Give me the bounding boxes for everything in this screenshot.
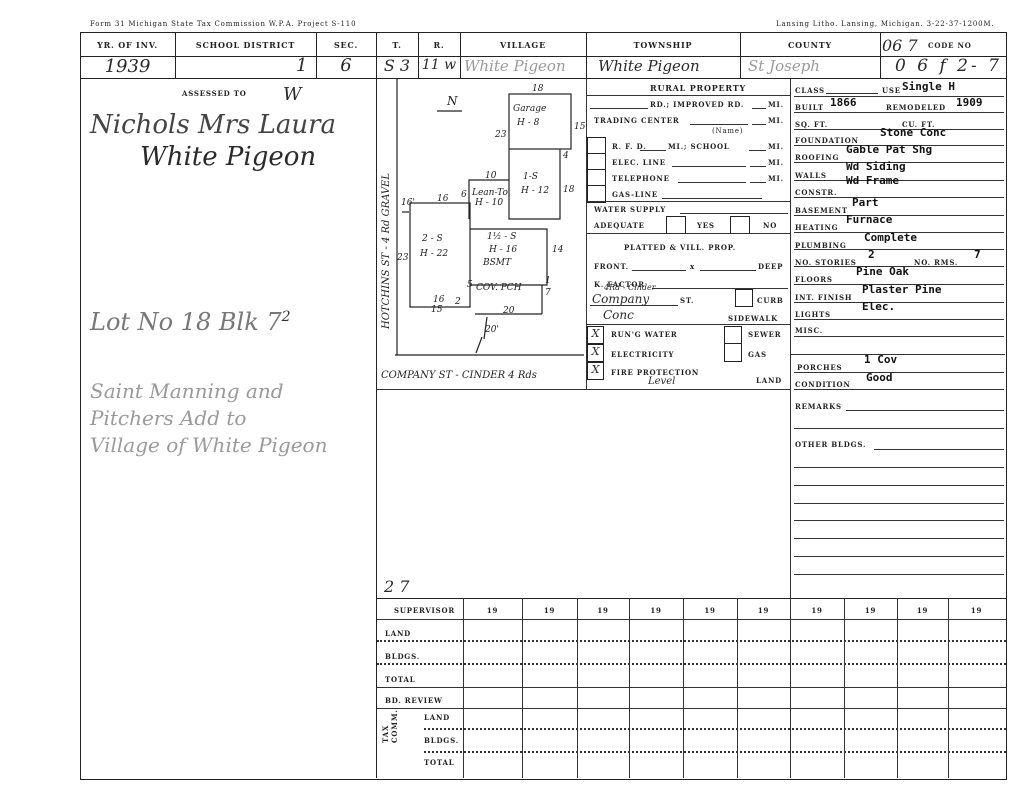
row-line (794, 520, 1004, 521)
field-line (750, 182, 766, 183)
label-deep: DEEP (758, 262, 783, 271)
label-int-finish: INT. FINISH (795, 293, 852, 302)
row-line (794, 372, 1004, 373)
label-x: x (690, 262, 695, 271)
svg-text:H - 10: H - 10 (474, 198, 503, 208)
row-line (794, 389, 1004, 390)
svg-text:23: 23 (494, 130, 507, 140)
svg-text:15: 15 (431, 305, 443, 315)
remodeled-value[interactable]: 1909 (956, 96, 983, 109)
basement-value[interactable]: Part (852, 196, 879, 209)
svg-text:15: 15 (574, 122, 586, 132)
label-village: VILLAGE (460, 40, 586, 50)
svg-text:Garage: Garage (513, 104, 546, 114)
label-front: FRONT. (594, 262, 629, 271)
label-assessed-to: ASSESSED TO (182, 89, 247, 98)
check-mark: X (588, 345, 603, 358)
label-gas: GAS (748, 350, 767, 359)
street-surface-value: 4Rd - Cinder (604, 283, 656, 292)
svg-text:1-S: 1-S (523, 172, 538, 182)
svg-text:5: 5 (467, 280, 473, 290)
unit-mi: MI. (768, 158, 784, 167)
year-col[interactable]: 19 (629, 606, 683, 615)
field-line (749, 150, 766, 151)
svg-text:COV. PCH: COV. PCH (476, 283, 522, 293)
porches-value[interactable]: 1 Cov (864, 353, 897, 366)
label-constr: CONSTR. (795, 188, 837, 197)
col-divider (577, 598, 578, 778)
year-col[interactable]: 19 (463, 606, 522, 615)
label-school: MI.; SCHOOL (668, 142, 730, 151)
row-line (794, 319, 1004, 320)
label-built: BUILT (795, 103, 824, 112)
sketch-bottom (377, 389, 790, 390)
label-porches: PORCHES (797, 363, 842, 372)
field-line (662, 198, 762, 199)
row-line (794, 215, 1004, 216)
col-divider (522, 598, 523, 778)
label-condition: CONDITION (795, 380, 851, 389)
divider (791, 354, 1005, 355)
constr-value[interactable]: Wd Frame (846, 174, 899, 187)
value-yr-of-inv[interactable]: 1939 (80, 56, 175, 77)
svg-text:H - 8: H - 8 (516, 118, 540, 128)
k-factor-field (652, 288, 788, 289)
svg-text:20: 20 (502, 306, 515, 316)
label-telephone: TELEPHONE (612, 174, 670, 183)
svg-text:16: 16 (437, 194, 449, 204)
unit-mi: MI. (768, 116, 784, 125)
label-yes: YES (697, 221, 715, 230)
roofing-value[interactable]: Gable Pat Shg (846, 143, 932, 156)
street-west: HOTCHINS ST - 4 Rd GRAVEL (381, 173, 392, 330)
check-mark: X (588, 327, 603, 340)
label-adequate: ADEQUATE (594, 221, 645, 230)
remarks-field (846, 410, 1004, 411)
year-col[interactable]: 19 (790, 606, 844, 615)
field-line (640, 150, 666, 151)
row-line (794, 249, 1004, 250)
north-mark: N (446, 94, 458, 108)
svg-text:16: 16 (433, 295, 445, 305)
value-township[interactable]: White Pigeon (598, 57, 700, 75)
bd-review-bottom (377, 708, 1006, 709)
stories-value[interactable]: 2 (868, 248, 875, 261)
running-water-checkbox[interactable]: X (587, 326, 604, 344)
legal-description[interactable]: Saint Manning and Pitchers Add to Villag… (90, 378, 390, 459)
svg-text:18: 18 (532, 84, 544, 94)
label-floors: FLOORS (795, 275, 833, 284)
row-tax-comm: TAX COMM. (381, 703, 399, 743)
value-r[interactable]: 11 w (418, 57, 460, 73)
total-bottom (377, 687, 1006, 688)
field-line (590, 108, 648, 109)
svg-text:23: 23 (396, 253, 409, 263)
divider (587, 201, 790, 202)
label-sewer: SEWER (748, 330, 781, 339)
svg-text:7: 7 (545, 288, 551, 298)
field-line (752, 108, 766, 109)
label-land: LAND (756, 376, 782, 385)
table-header-bottom (377, 619, 1006, 620)
street-value[interactable]: Company (592, 292, 649, 306)
row-total: TOTAL (385, 675, 416, 684)
svg-text:2 - S: 2 - S (421, 234, 443, 244)
unit-mi: MI. (768, 174, 784, 183)
land-value[interactable]: Level (648, 376, 675, 387)
divider (587, 324, 790, 325)
plumbing-value[interactable]: Complete (864, 231, 917, 244)
label-school-district: SCHOOL DISTRICT (175, 40, 316, 50)
deep-field (700, 270, 756, 271)
label-curb: CURB (757, 296, 784, 305)
row-line (794, 574, 1004, 575)
lot-text: Lot No 18 Blk 7 (90, 308, 282, 336)
svg-text:H - 12: H - 12 (520, 186, 549, 196)
legal-line: Village of White Pigeon (90, 432, 390, 459)
value-code-no[interactable]: 0 6 f 2- 7 (895, 56, 1002, 76)
year-col[interactable]: 19 (948, 606, 1005, 615)
row-tc-bldgs: BLDGS. (424, 736, 459, 745)
row-line (794, 302, 1004, 303)
lot-superscript: 2 (282, 309, 291, 325)
year-col[interactable]: 19 (683, 606, 737, 615)
svg-text:18: 18 (563, 185, 575, 195)
svg-text:2: 2 (454, 297, 461, 307)
row-line (794, 485, 1004, 486)
class-field (826, 93, 878, 94)
row-line (794, 428, 1004, 429)
label-r: R. (418, 40, 460, 50)
form-header-left: Form 31 Michigan State Tax Commission W.… (90, 20, 356, 28)
heating-value[interactable]: Furnace (846, 213, 892, 226)
label-heating: HEATING (795, 223, 838, 232)
bldgs-dots (377, 663, 1006, 665)
curb-checkbox[interactable] (735, 289, 753, 307)
row-line (794, 556, 1004, 557)
row-line (794, 538, 1004, 539)
label-roofing: ROOFING (795, 153, 839, 162)
row-bldgs: BLDGS. (385, 652, 420, 661)
year-col[interactable]: 19 (577, 606, 629, 615)
adequate-yes-checkbox[interactable] (666, 216, 686, 234)
rural-title: RURAL PROPERTY (650, 83, 746, 93)
row-tc-total: TOTAL (424, 758, 455, 767)
row-line (794, 503, 1004, 504)
row-line (794, 336, 1004, 337)
label-county: COUNTY (740, 40, 880, 50)
svg-text:H - 16: H - 16 (488, 245, 517, 255)
fire-protection-checkbox[interactable]: X (587, 362, 604, 380)
label-gas-line: GAS-LINE (612, 190, 658, 199)
field-line (750, 166, 766, 167)
form-header-right: Lansing Litho. Lansing, Michigan. 3-22-3… (776, 20, 994, 28)
electricity-checkbox[interactable]: X (587, 344, 604, 362)
label-lights: LIGHTS (795, 310, 831, 319)
svg-text:14: 14 (552, 245, 564, 255)
label-no: NO (763, 221, 777, 230)
col-divider (897, 598, 898, 778)
field-line (690, 124, 748, 125)
label-use: USE (882, 86, 901, 95)
label-other-bldgs: OTHER BLDGS. (795, 440, 866, 449)
street-field (590, 305, 678, 306)
label-running-water: RUN'G WATER (611, 330, 678, 339)
label-supervisor: SUPERVISOR (394, 606, 455, 615)
other-bldgs-field (874, 449, 1004, 450)
label-name: (Name) (712, 127, 743, 135)
field-line (752, 124, 766, 125)
field-line (672, 166, 746, 167)
svg-text:16': 16' (401, 198, 415, 208)
table-top (377, 598, 1006, 599)
label-code-no: CODE NO (928, 41, 972, 50)
unit-mi: MI. (768, 142, 784, 151)
col-divider (790, 79, 791, 599)
legal-line: Saint Manning and (90, 378, 390, 405)
adequate-no-checkbox[interactable] (730, 216, 750, 234)
label-remarks: REMARKS (795, 402, 842, 411)
col-divider (175, 32, 176, 78)
label-yr-of-inv: YR. OF INV. (80, 40, 175, 50)
field-line (680, 213, 788, 214)
value-school-district[interactable]: 1 (296, 55, 307, 76)
value-village[interactable]: White Pigeon (464, 57, 566, 75)
label-sec: SEC. (316, 40, 376, 50)
row-line (794, 180, 1004, 181)
label-sidewalk: SIDEWALK (728, 314, 778, 323)
divider (587, 233, 790, 234)
rural-rd: RD.; IMPROVED RD. (650, 100, 744, 109)
lights-value[interactable]: Elec. (862, 300, 895, 313)
check-mark: X (588, 363, 603, 376)
use-value[interactable]: Single H (902, 80, 955, 93)
value-t[interactable]: S 3 (376, 56, 418, 75)
year-col[interactable]: 19 (897, 606, 948, 615)
rooms-value[interactable]: 7 (974, 248, 981, 261)
label-elec-line: ELEC. LINE (612, 158, 666, 167)
legal-line: Pitchers Add to (90, 405, 390, 432)
tc-land-dots (424, 728, 1006, 730)
year-col[interactable]: 19 (844, 606, 897, 615)
assessed-mark: W (283, 84, 302, 105)
svg-text:10: 10 (485, 171, 497, 181)
label-walls: WALLS (795, 171, 827, 180)
col-divider (737, 598, 738, 778)
land-dots (377, 640, 1006, 642)
value-code-no-top: 06 7 (882, 36, 918, 55)
front-field (632, 270, 686, 271)
condition-value[interactable]: Good (866, 371, 893, 384)
field-line (678, 182, 746, 183)
assessed-name[interactable]: Nichols Mrs Laura (90, 110, 336, 140)
col-divider (629, 598, 630, 778)
col-divider (586, 32, 587, 78)
row-line (794, 197, 1004, 198)
label-electricity: ELECTRICITY (611, 350, 674, 359)
label-misc: MISC. (795, 326, 823, 335)
floors-value[interactable]: Pine Oak (856, 265, 909, 278)
year-col[interactable]: 19 (737, 606, 790, 615)
int-finish-value[interactable]: Plaster Pine (862, 283, 941, 296)
svg-text:20': 20' (484, 325, 499, 335)
svg-text:H - 22: H - 22 (419, 249, 448, 259)
value-sec[interactable]: 6 (316, 55, 376, 76)
walls-value[interactable]: Wd Siding (846, 160, 906, 173)
year-col[interactable]: 19 (522, 606, 577, 615)
svg-text:Lean-To: Lean-To (471, 188, 508, 198)
col-divider (790, 598, 791, 778)
foundation-value[interactable]: Stone Conc (880, 126, 946, 139)
label-remodeled: REMODELED (886, 103, 946, 112)
built-value[interactable]: 1866 (830, 96, 857, 109)
label-t: T. (376, 40, 418, 50)
col-divider (880, 32, 881, 78)
svg-text:6: 6 (461, 190, 467, 200)
lot-number[interactable]: Lot No 18 Blk 72 (90, 308, 291, 336)
label-class: CLASS (795, 86, 825, 95)
svg-text:4: 4 (562, 151, 569, 161)
col-divider (460, 32, 461, 78)
gas-checkbox[interactable] (724, 343, 742, 362)
tc-bldgs-dots (424, 751, 1006, 753)
col-divider (683, 598, 684, 778)
rural-trading-center: TRADING CENTER (594, 116, 679, 125)
label-st: ST. (680, 296, 694, 305)
label-township: TOWNSHIP (586, 40, 740, 50)
col-divider (948, 598, 949, 778)
col-divider (740, 32, 741, 78)
street-south: COMPANY ST - CINDER 4 Rds (381, 370, 537, 381)
sidewalk-value[interactable]: Conc (603, 308, 634, 322)
assessed-address[interactable]: White Pigeon (140, 142, 316, 172)
label-basement: BASEMENT (795, 206, 848, 215)
value-county[interactable]: St Joseph (748, 57, 820, 75)
col-divider (844, 598, 845, 778)
property-sketch: N Garage H - 8 18 15 23 4 1-S H - 12 18 … (377, 79, 586, 389)
label-sq-ft: SQ. FT. (795, 120, 828, 129)
svg-text:1½ - S: 1½ - S (487, 231, 516, 242)
col-divider (463, 598, 464, 778)
row-tc-land: LAND (424, 713, 450, 722)
svg-text:BSMT: BSMT (482, 258, 512, 268)
label-water-supply: WATER SUPPLY (594, 205, 666, 214)
page-number: 2 7 (384, 577, 409, 596)
row-line (794, 467, 1004, 468)
platted-title: PLATTED & VILL. PROP. (624, 243, 736, 252)
divider (587, 95, 790, 96)
row-line (794, 112, 1004, 113)
unit-mi: MI. (768, 100, 784, 109)
row-land: LAND (385, 629, 411, 638)
svg-text:1: 1 (545, 276, 551, 286)
